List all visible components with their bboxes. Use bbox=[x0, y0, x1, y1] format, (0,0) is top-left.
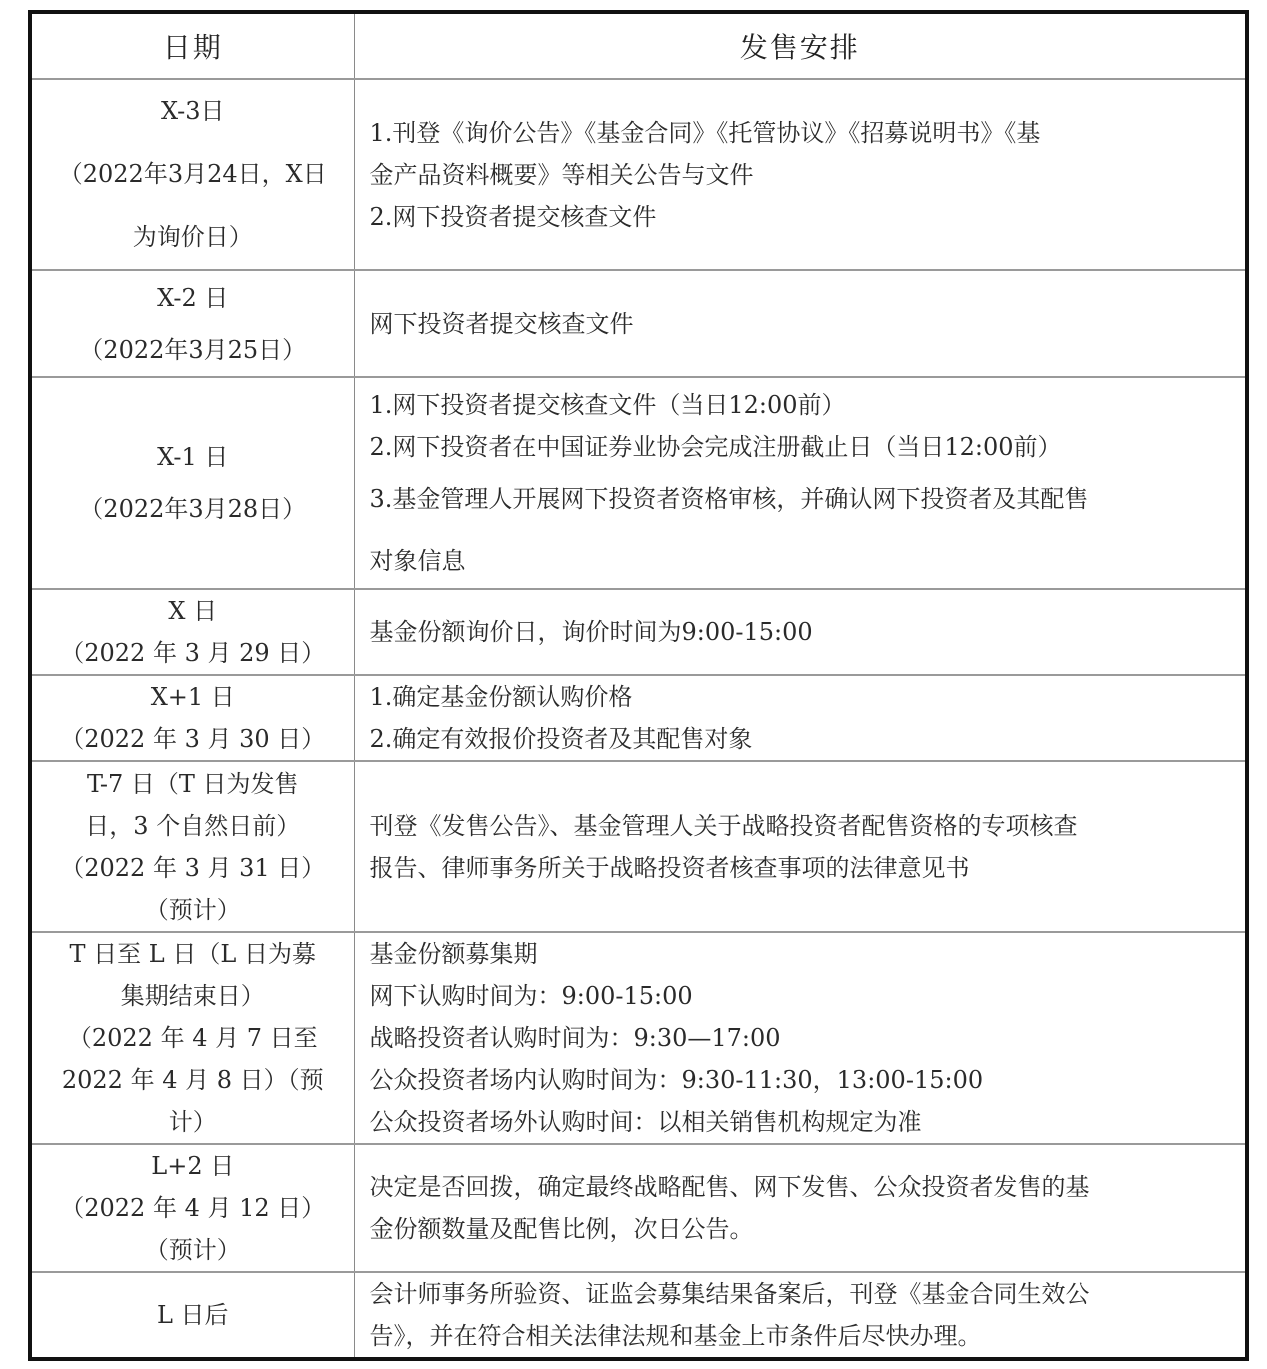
table-row: X-3日 （2022年3月24日，X日 为询价日） 1.刊登《询价公告》《基金合… bbox=[30, 79, 1247, 270]
date-line: T-7 日（T 日为发售 bbox=[32, 763, 354, 805]
arrangement-line: 金份额数量及配售比例，次日公告。 bbox=[370, 1208, 1236, 1250]
header-date: 日期 bbox=[30, 12, 354, 79]
arrangement-cell: 网下投资者提交核查文件 bbox=[354, 270, 1247, 377]
table-row: X 日 （2022 年 3 月 29 日） 基金份额询价日，询价时间为9:00-… bbox=[30, 589, 1247, 675]
arrangement-line: 1.确定基金份额认购价格 bbox=[370, 676, 1236, 718]
table-header-row: 日期 发售安排 bbox=[30, 12, 1247, 79]
arrangement-line: 3.基金管理人开展网下投资者资格审核，并确认网下投资者及其配售 bbox=[370, 478, 1236, 520]
date-line: X 日 bbox=[32, 590, 354, 632]
arrangement-line: 金产品资料概要》等相关公告与文件 bbox=[370, 154, 1236, 196]
arrangement-cell: 1.确定基金份额认购价格 2.确定有效报价投资者及其配售对象 bbox=[354, 675, 1247, 761]
sale-schedule-table: 日期 发售安排 X-3日 （2022年3月24日，X日 为询价日） 1.刊登《询… bbox=[28, 10, 1249, 1361]
date-line: （预计） bbox=[32, 1229, 354, 1271]
arrangement-line: 基金份额募集期 bbox=[370, 933, 1236, 975]
date-line: X+1 日 bbox=[32, 676, 354, 718]
date-cell: L+2 日 （2022 年 4 月 12 日） （预计） bbox=[30, 1144, 354, 1272]
date-cell: T-7 日（T 日为发售 日，3 个自然日前） （2022 年 3 月 31 日… bbox=[30, 761, 354, 932]
date-cell: X 日 （2022 年 3 月 29 日） bbox=[30, 589, 354, 675]
date-cell: X-3日 （2022年3月24日，X日 为询价日） bbox=[30, 79, 354, 270]
arrangement-line: 网下认购时间为：9:00-15:00 bbox=[370, 975, 1236, 1017]
arrangement-line: 2.网下投资者提交核查文件 bbox=[370, 196, 1236, 238]
arrangement-cell: 1.网下投资者提交核查文件（当日12:00前） 2.网下投资者在中国证券业协会完… bbox=[354, 377, 1247, 589]
date-line: （2022年3月28日） bbox=[32, 483, 354, 535]
arrangement-line: 战略投资者认购时间为：9:30—17:00 bbox=[370, 1017, 1236, 1059]
arrangement-line: 网下投资者提交核查文件 bbox=[370, 303, 1236, 345]
date-line: T 日至 L 日（L 日为募 bbox=[32, 933, 354, 975]
arrangement-line: 会计师事务所验资、证监会募集结果备案后，刊登《基金合同生效公 bbox=[370, 1273, 1236, 1315]
arrangement-cell: 会计师事务所验资、证监会募集结果备案后，刊登《基金合同生效公 告》，并在符合相关… bbox=[354, 1272, 1247, 1359]
table-row: X+1 日 （2022 年 3 月 30 日） 1.确定基金份额认购价格 2.确… bbox=[30, 675, 1247, 761]
arrangement-cell: 决定是否回拨，确定最终战略配售、网下发售、公众投资者发售的基 金份额数量及配售比… bbox=[354, 1144, 1247, 1272]
arrangement-line: 决定是否回拨，确定最终战略配售、网下发售、公众投资者发售的基 bbox=[370, 1166, 1236, 1208]
date-line: （2022年3月25日） bbox=[32, 324, 354, 376]
arrangement-line: 报告、律师事务所关于战略投资者核查事项的法律意见书 bbox=[370, 847, 1236, 889]
date-line: 日，3 个自然日前） bbox=[32, 805, 354, 847]
arrangement-line: 1.刊登《询价公告》《基金合同》《托管协议》《招募说明书》《基 bbox=[370, 112, 1236, 154]
table-row: L+2 日 （2022 年 4 月 12 日） （预计） 决定是否回拨，确定最终… bbox=[30, 1144, 1247, 1272]
date-line: 计） bbox=[32, 1101, 354, 1143]
table-row: L 日后 会计师事务所验资、证监会募集结果备案后，刊登《基金合同生效公 告》，并… bbox=[30, 1272, 1247, 1359]
date-line: 为询价日） bbox=[32, 206, 354, 269]
date-cell: X+1 日 （2022 年 3 月 30 日） bbox=[30, 675, 354, 761]
arrangement-cell: 基金份额询价日，询价时间为9:00-15:00 bbox=[354, 589, 1247, 675]
date-line: L 日后 bbox=[32, 1294, 354, 1336]
table-row: T-7 日（T 日为发售 日，3 个自然日前） （2022 年 3 月 31 日… bbox=[30, 761, 1247, 932]
date-line: 2022 年 4 月 8 日）（预 bbox=[32, 1059, 354, 1101]
date-cell: L 日后 bbox=[30, 1272, 354, 1359]
date-cell: X-1 日 （2022年3月28日） bbox=[30, 377, 354, 589]
date-line: 集期结束日） bbox=[32, 975, 354, 1017]
arrangement-line: 1.网下投资者提交核查文件（当日12:00前） bbox=[370, 384, 1236, 426]
arrangement-line: 对象信息 bbox=[370, 540, 1236, 582]
arrangement-line: 刊登《发售公告》、基金管理人关于战略投资者配售资格的专项核查 bbox=[370, 805, 1236, 847]
date-line: X-1 日 bbox=[32, 431, 354, 483]
arrangement-line: 公众投资者场外认购时间：以相关销售机构规定为准 bbox=[370, 1101, 1236, 1143]
arrangement-line: 公众投资者场内认购时间为：9:30-11:30，13:00-15:00 bbox=[370, 1059, 1236, 1101]
date-line: （2022 年 3 月 31 日） bbox=[32, 847, 354, 889]
arrangement-cell: 1.刊登《询价公告》《基金合同》《托管协议》《招募说明书》《基 金产品资料概要》… bbox=[354, 79, 1247, 270]
arrangement-line: 2.确定有效报价投资者及其配售对象 bbox=[370, 718, 1236, 760]
arrangement-cell: 基金份额募集期 网下认购时间为：9:00-15:00 战略投资者认购时间为：9:… bbox=[354, 932, 1247, 1144]
arrangement-line: 2.网下投资者在中国证券业协会完成注册截止日（当日12:00前） bbox=[370, 426, 1236, 468]
table-row: T 日至 L 日（L 日为募 集期结束日） （2022 年 4 月 7 日至 2… bbox=[30, 932, 1247, 1144]
header-arrangement: 发售安排 bbox=[354, 12, 1247, 79]
arrangement-line: 基金份额询价日，询价时间为9:00-15:00 bbox=[370, 611, 1236, 653]
date-line: （2022 年 4 月 12 日） bbox=[32, 1187, 354, 1229]
date-cell: T 日至 L 日（L 日为募 集期结束日） （2022 年 4 月 7 日至 2… bbox=[30, 932, 354, 1144]
table-row: X-1 日 （2022年3月28日） 1.网下投资者提交核查文件（当日12:00… bbox=[30, 377, 1247, 589]
date-line: X-3日 bbox=[32, 80, 354, 143]
arrangement-cell: 刊登《发售公告》、基金管理人关于战略投资者配售资格的专项核查 报告、律师事务所关… bbox=[354, 761, 1247, 932]
date-line: X-2 日 bbox=[32, 272, 354, 324]
arrangement-line: 告》，并在符合相关法律法规和基金上市条件后尽快办理。 bbox=[370, 1315, 1236, 1357]
date-line: （2022年3月24日，X日 bbox=[32, 143, 354, 206]
table-row: X-2 日 （2022年3月25日） 网下投资者提交核查文件 bbox=[30, 270, 1247, 377]
date-line: （2022 年 3 月 29 日） bbox=[32, 632, 354, 674]
date-line: （预计） bbox=[32, 889, 354, 931]
date-line: （2022 年 4 月 7 日至 bbox=[32, 1017, 354, 1059]
date-line: （2022 年 3 月 30 日） bbox=[32, 718, 354, 760]
date-line: L+2 日 bbox=[32, 1145, 354, 1187]
date-cell: X-2 日 （2022年3月25日） bbox=[30, 270, 354, 377]
